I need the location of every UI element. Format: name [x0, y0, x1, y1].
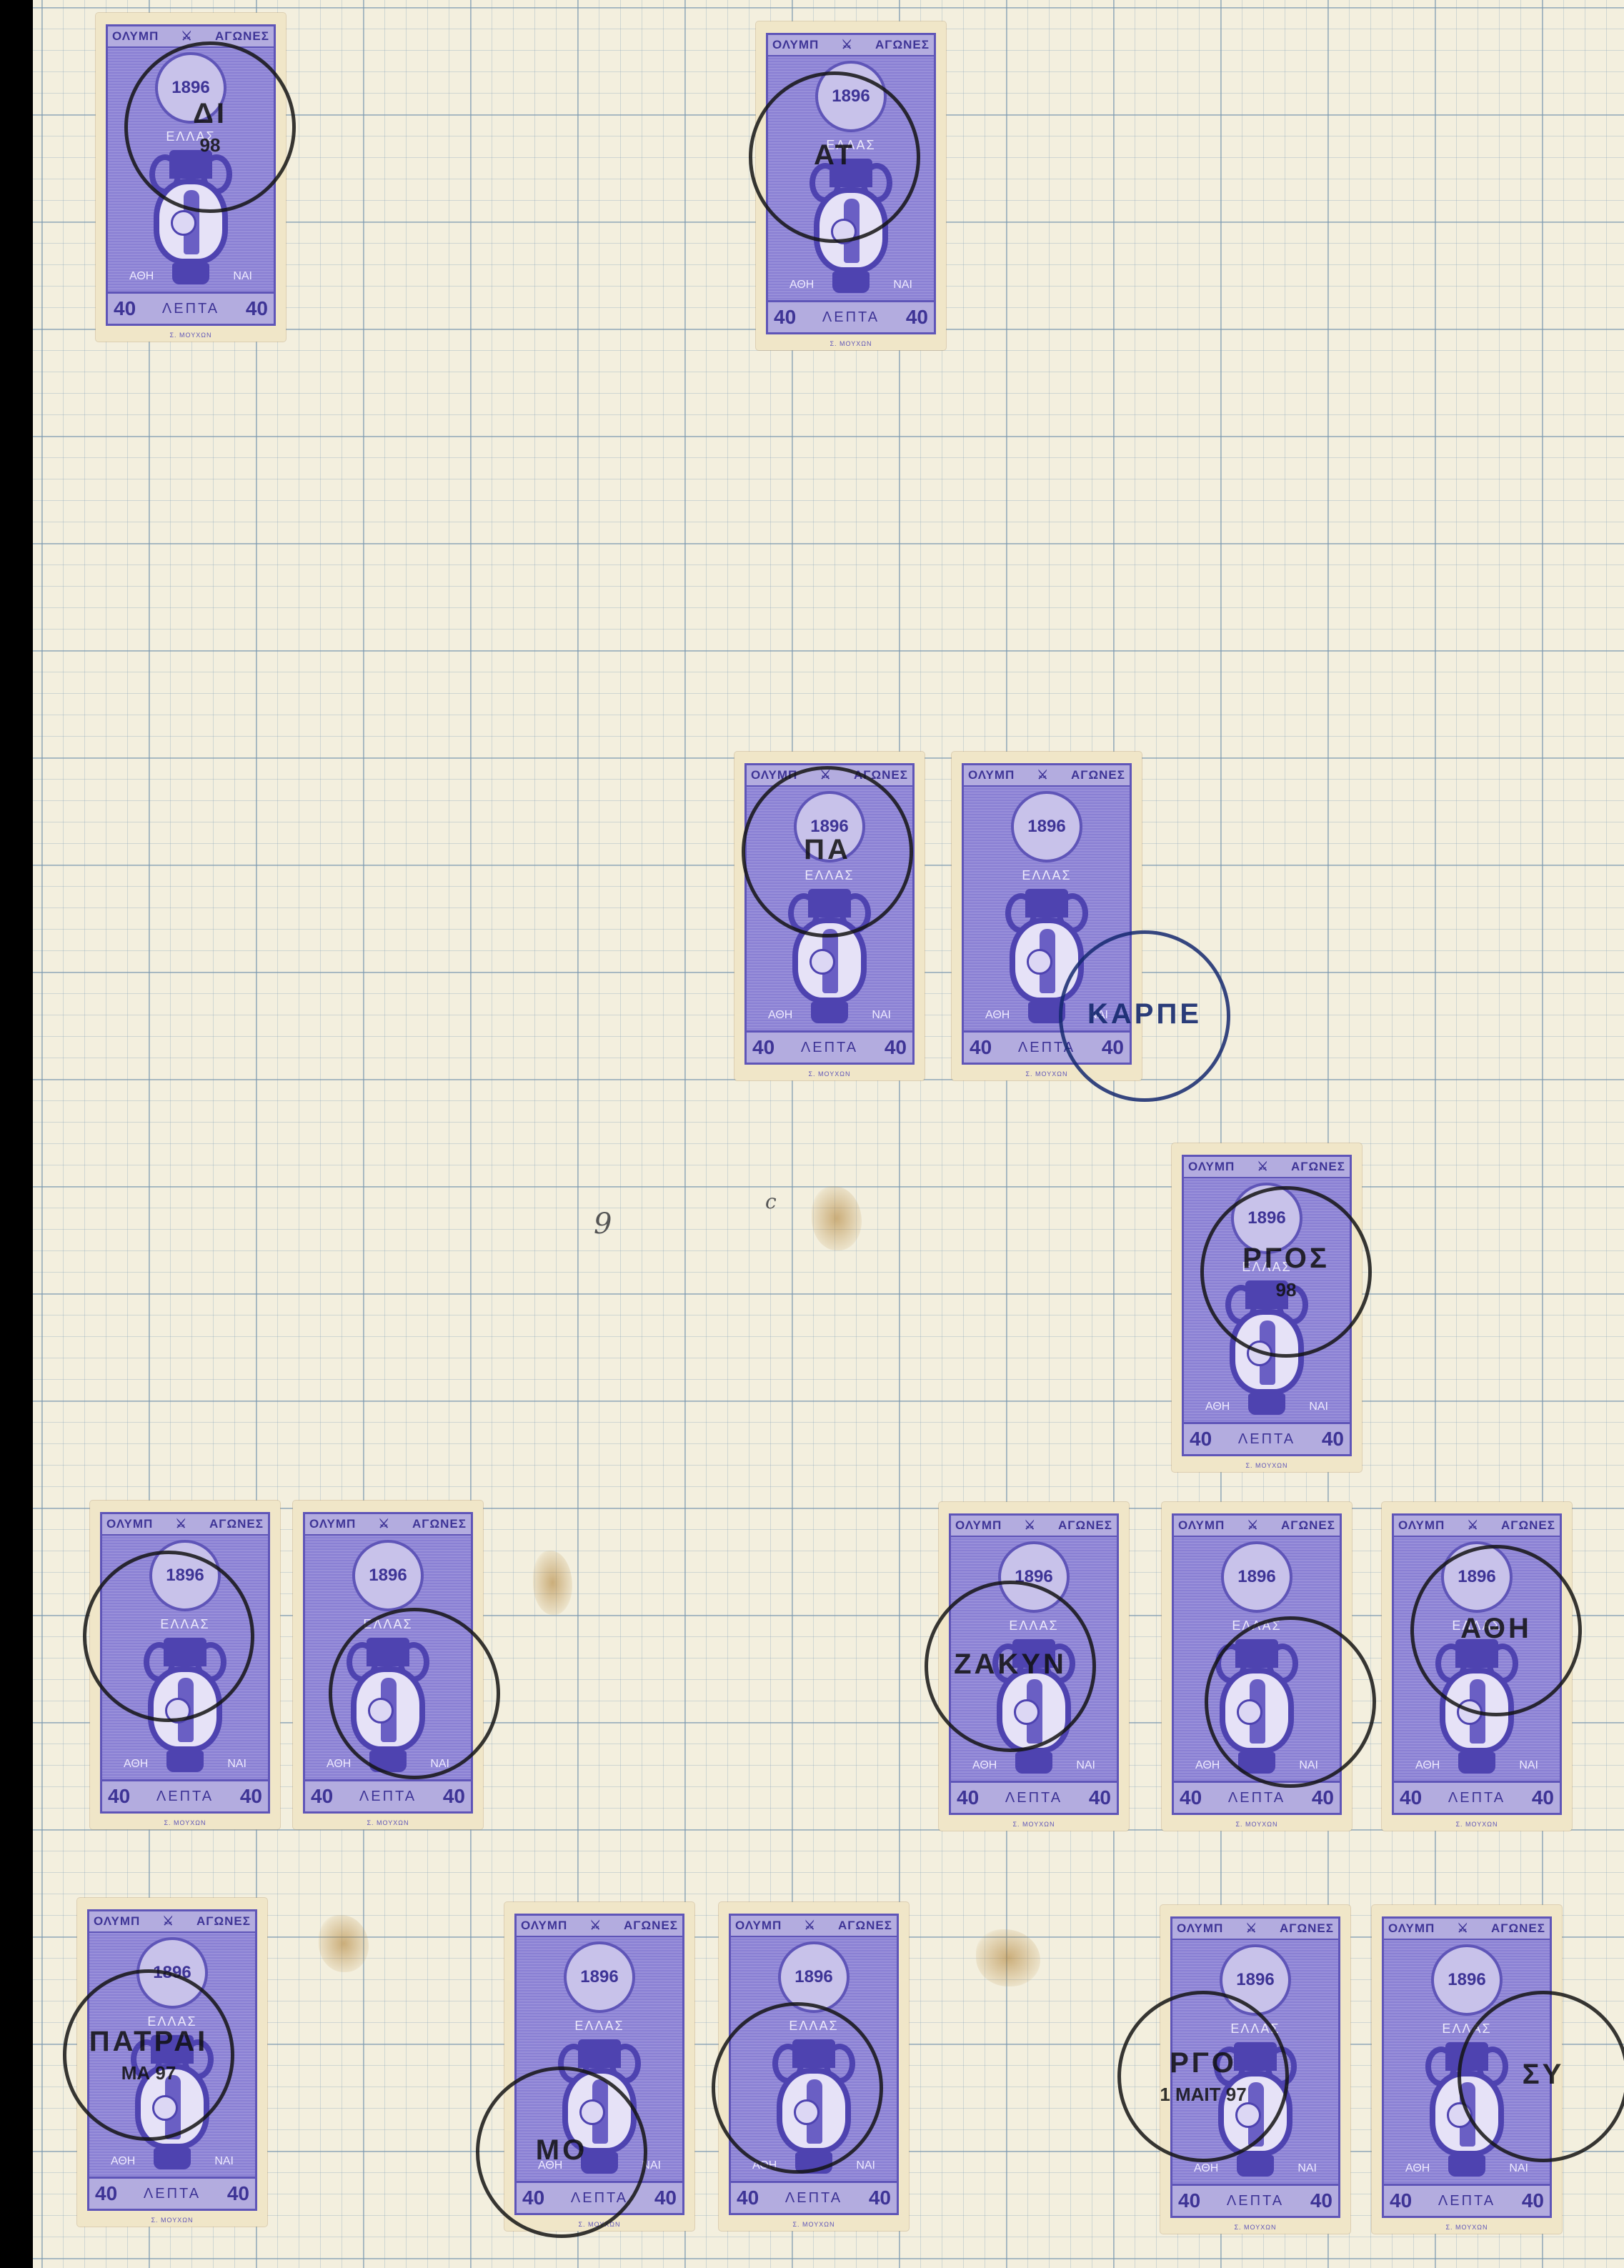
- shield-icon: [368, 1698, 394, 1724]
- stamp-value-right: 40: [227, 2182, 249, 2205]
- stamp-13[interactable]: ΟΛΥΜΠ ⚔ ΑΓΩΝΕΣ 1896 ΕΛΛΑΣ ΑΘΗ ΝΑΙ 40: [719, 1902, 909, 2231]
- stamp-value-bar: 40 ΛΕΠΤΑ 40: [108, 292, 274, 324]
- stamp-top-right-text: ΑΓΩΝΕΣ: [1491, 1921, 1545, 1936]
- stamp-value-word: ΛΕΠΤΑ: [1238, 1431, 1295, 1448]
- shield-icon: [831, 219, 857, 244]
- stamp-value-bar: 40 ΛΕΠΤΑ 40: [305, 1779, 471, 1811]
- stamp-value-bar: 40 ΛΕΠΤΑ 40: [102, 1779, 268, 1811]
- helmet-icon: ⚔: [163, 1914, 174, 1929]
- shield-medallion: 1896: [352, 1540, 424, 1611]
- amphora-icon: [1434, 1639, 1520, 1775]
- stamp-country: ΕΛΛΑΣ: [1442, 2021, 1491, 2036]
- stamp-value-left: 40: [108, 1785, 130, 1808]
- stamp-value-left: 40: [970, 1036, 992, 1059]
- stamp-value-bar: 40 ΛΕΠΤΑ 40: [1172, 2184, 1338, 2216]
- stamp-city-right: ΝΑΙ: [642, 2159, 661, 2172]
- stamp-value-word: ΛΕΠΤΑ: [144, 2186, 201, 2202]
- amphora-icon: [1212, 2042, 1298, 2178]
- stamp-value-word: ΛΕΠΤΑ: [1438, 2193, 1495, 2209]
- stamp-country: ΕΛΛΑΣ: [166, 129, 215, 144]
- foxing-stain: [812, 1186, 862, 1250]
- stamp-top-left-text: ΟΛΥΜΠ: [309, 1517, 356, 1531]
- stamp-top-right-text: ΑΓΩΝΕΣ: [838, 1919, 892, 1933]
- stamp-top-left-text: ΟΛΥΜΠ: [1178, 1518, 1225, 1533]
- shield-medallion: 1896: [155, 52, 226, 124]
- stamp-14[interactable]: ΟΛΥΜΠ ⚔ ΑΓΩΝΕΣ 1896 ΕΛΛΑΣ ΑΘΗ ΝΑΙ 40: [1160, 1905, 1350, 2234]
- stamp-design: ΟΛΥΜΠ ⚔ ΑΓΩΝΕΣ 1896 ΕΛΛΑΣ ΑΘΗ ΝΑΙ 40: [106, 24, 276, 326]
- stamp-city-right: ΝΑΙ: [1299, 1759, 1318, 1772]
- stamp-country: ΕΛΛΑΣ: [789, 2019, 838, 2034]
- shield-icon: [1237, 1699, 1262, 1725]
- stamp-value-left: 40: [1180, 1786, 1202, 1809]
- stamp-city-right: ΝΑΙ: [1519, 1759, 1538, 1772]
- stamp-design: ΟΛΥΜΠ ⚔ ΑΓΩΝΕΣ 1896 ΕΛΛΑΣ ΑΘΗ ΝΑΙ 40: [949, 1513, 1119, 1815]
- stamp-value-bar: 40 ΛΕΠΤΑ 40: [1184, 1422, 1350, 1454]
- stamp-value-bar: 40 ΛΕΠΤΑ 40: [768, 300, 934, 332]
- stamp-top-right-text: ΑΓΩΝΕΣ: [196, 1914, 251, 1929]
- stamp-value-right: 40: [885, 1036, 907, 1059]
- stamp-frieze: ΟΛΥΜΠ ⚔ ΑΓΩΝΕΣ: [1172, 1919, 1338, 1940]
- stamp-6[interactable]: ΟΛΥΜΠ ⚔ ΑΓΩΝΕΣ 1896 ΕΛΛΑΣ ΑΘΗ ΝΑΙ 40: [90, 1501, 280, 1829]
- shield-icon: [1247, 1341, 1272, 1366]
- stamp-year: 1896: [580, 1967, 618, 1987]
- printer-imprint: Σ. ΜΟΥΧΩΝ: [952, 1070, 1142, 1078]
- stamp-frieze: ΟΛΥΜΠ ⚔ ΑΓΩΝΕΣ: [747, 765, 912, 787]
- stamp-11[interactable]: ΟΛΥΜΠ ⚔ ΑΓΩΝΕΣ 1896 ΕΛΛΑΣ ΑΘΗ ΝΑΙ 40: [77, 1898, 267, 2227]
- stamp-city-right: ΝΑΙ: [1089, 1009, 1108, 1022]
- stamp-value-word: ΛΕΠΤΑ: [156, 1789, 214, 1805]
- stamp-value-bar: 40 ΛΕΠΤΑ 40: [951, 1781, 1117, 1813]
- stamp-12[interactable]: ΟΛΥΜΠ ⚔ ΑΓΩΝΕΣ 1896 ΕΛΛΑΣ ΑΘΗ ΝΑΙ 40: [504, 1902, 694, 2231]
- helmet-icon: ⚔: [1468, 1518, 1479, 1533]
- stamp-top-left-text: ΟΛΥΜΠ: [1177, 1921, 1223, 1936]
- stamp-top-left-text: ΟΛΥΜΠ: [521, 1919, 567, 1933]
- album-page: 9 c ΟΛΥΜΠ ⚔ ΑΓΩΝΕΣ 1896 ΕΛΛΑΣ ΑΘΗ: [33, 0, 1624, 2268]
- stamp-frieze: ΟΛΥΜΠ ⚔ ΑΓΩΝΕΣ: [731, 1916, 897, 1937]
- shield-icon: [579, 2099, 605, 2125]
- stamp-design: ΟΛΥΜΠ ⚔ ΑΓΩΝΕΣ 1896 ΕΛΛΑΣ ΑΘΗ ΝΑΙ 40: [962, 763, 1132, 1065]
- shield-icon: [1027, 949, 1052, 975]
- stamp-top-right-text: ΑΓΩΝΕΣ: [1071, 768, 1125, 782]
- printer-imprint: Σ. ΜΟΥΧΩΝ: [504, 2221, 694, 2228]
- shield-medallion: 1896: [778, 1941, 850, 2013]
- stamp-top-left-text: ΟΛΥΜΠ: [955, 1518, 1002, 1533]
- stamp-value-right: 40: [443, 1785, 465, 1808]
- stamp-design: ΟΛΥΜΠ ⚔ ΑΓΩΝΕΣ 1896 ΕΛΛΑΣ ΑΘΗ ΝΑΙ 40: [303, 1512, 473, 1814]
- stamp-year: 1896: [810, 817, 848, 837]
- stamp-value-right: 40: [240, 1785, 262, 1808]
- stamp-value-word: ΛΕΠΤΑ: [359, 1789, 417, 1805]
- stamp-3[interactable]: ΟΛΥΜΠ ⚔ ΑΓΩΝΕΣ 1896 ΕΛΛΑΣ ΑΘΗ ΝΑΙ 40: [734, 752, 925, 1080]
- stamp-year: 1896: [1247, 1208, 1285, 1228]
- stamp-9[interactable]: ΟΛΥΜΠ ⚔ ΑΓΩΝΕΣ 1896 ΕΛΛΑΣ ΑΘΗ ΝΑΙ 40: [1162, 1502, 1352, 1831]
- shield-medallion: 1896: [1220, 1944, 1291, 2016]
- stamp-country: ΕΛΛΑΣ: [147, 2014, 196, 2029]
- stamp-top-right-text: ΑΓΩΝΕΣ: [1058, 1518, 1112, 1533]
- stamp-1[interactable]: ΟΛΥΜΠ ⚔ ΑΓΩΝΕΣ 1896 ΕΛΛΑΣ ΑΘΗ ΝΑΙ 40: [96, 13, 286, 342]
- stamp-city-right: ΝΑΙ: [233, 270, 252, 283]
- stamp-design: ΟΛΥΜΠ ⚔ ΑΓΩΝΕΣ 1896 ΕΛΛΑΣ ΑΘΗ ΝΑΙ 40: [87, 1909, 257, 2211]
- helmet-icon: ⚔: [590, 1919, 602, 1933]
- helmet-icon: ⚔: [1257, 1160, 1269, 1174]
- stamp-frieze: ΟΛΥΜΠ ⚔ ΑΓΩΝΕΣ: [1174, 1516, 1340, 1537]
- stamp-frieze: ΟΛΥΜΠ ⚔ ΑΓΩΝΕΣ: [102, 1514, 268, 1536]
- helmet-icon: ⚔: [1247, 1518, 1259, 1533]
- stamp-country: ΕΛΛΑΣ: [1009, 1618, 1058, 1633]
- helmet-icon: ⚔: [804, 1919, 816, 1933]
- stamp-10[interactable]: ΟΛΥΜΠ ⚔ ΑΓΩΝΕΣ 1896 ΕΛΛΑΣ ΑΘΗ ΝΑΙ 40: [1382, 1502, 1572, 1831]
- shield-icon: [1447, 2102, 1473, 2128]
- helmet-icon: ⚔: [181, 29, 193, 44]
- helmet-icon: ⚔: [176, 1517, 187, 1531]
- stamp-year: 1896: [1237, 1567, 1275, 1587]
- stamp-country: ΕΛΛΑΣ: [826, 138, 875, 153]
- stamp-year: 1896: [1236, 1970, 1274, 1990]
- stamp-value-left: 40: [1178, 2189, 1200, 2212]
- amphora-icon: [787, 889, 872, 1025]
- stamp-top-left-text: ΟΛΥΜΠ: [94, 1914, 140, 1929]
- stamp-value-right: 40: [1312, 1786, 1334, 1809]
- stamp-city-right: ΝΑΙ: [430, 1758, 449, 1771]
- shield-medallion: 1896: [1221, 1541, 1292, 1613]
- printer-imprint: Σ. ΜΟΥΧΩΝ: [96, 332, 286, 339]
- stamp-value-word: ΛΕΠΤΑ: [1227, 2193, 1284, 2209]
- stamp-top-right-text: ΑΓΩΝΕΣ: [1280, 1921, 1334, 1936]
- stamp-year: 1896: [369, 1566, 407, 1586]
- stamp-frieze: ΟΛΥΜΠ ⚔ ΑΓΩΝΕΣ: [305, 1514, 471, 1536]
- amphora-icon: [557, 2039, 642, 2175]
- helmet-icon: ⚔: [1037, 768, 1049, 782]
- stamp-value-bar: 40 ΛΕΠΤΑ 40: [731, 2181, 897, 2213]
- stamp-7[interactable]: ΟΛΥΜΠ ⚔ ΑΓΩΝΕΣ 1896 ΕΛΛΑΣ ΑΘΗ ΝΑΙ 40: [293, 1501, 483, 1829]
- stamp-top-left-text: ΟΛΥΜΠ: [1398, 1518, 1445, 1533]
- stamp-frieze: ΟΛΥΜΠ ⚔ ΑΓΩΝΕΣ: [517, 1916, 682, 1937]
- printer-imprint: Σ. ΜΟΥΧΩΝ: [90, 1819, 280, 1826]
- stamp-city-right: ΝΑΙ: [872, 1009, 891, 1022]
- shield-medallion: 1896: [149, 1540, 221, 1611]
- stamp-year: 1896: [1458, 1567, 1495, 1587]
- stamp-top-left-text: ΟΛΥΜΠ: [772, 38, 819, 52]
- stamp-city-right: ΝΑΙ: [227, 1758, 246, 1771]
- stamp-city-right: ΝΑΙ: [856, 2159, 875, 2172]
- printer-imprint: Σ. ΜΟΥΧΩΝ: [734, 1070, 925, 1078]
- stamp-value-bar: 40 ΛΕΠΤΑ 40: [89, 2177, 255, 2209]
- stamp-design: ΟΛΥΜΠ ⚔ ΑΓΩΝΕΣ 1896 ΕΛΛΑΣ ΑΘΗ ΝΑΙ 40: [1170, 1916, 1340, 2218]
- helmet-icon: ⚔: [1458, 1921, 1469, 1936]
- stamp-top-right-text: ΑΓΩΝΕΣ: [209, 1517, 264, 1531]
- helmet-icon: ⚔: [842, 38, 853, 52]
- stamp-value-left: 40: [522, 2187, 544, 2209]
- helmet-icon: ⚔: [1246, 1921, 1257, 1936]
- stamp-value-right: 40: [1322, 1428, 1344, 1451]
- printer-imprint: Σ. ΜΟΥΧΩΝ: [939, 1821, 1129, 1828]
- stamp-top-left-text: ΟΛΥΜΠ: [106, 1517, 153, 1531]
- printer-imprint: Σ. ΜΟΥΧΩΝ: [77, 2217, 267, 2224]
- printer-imprint: Σ. ΜΟΥΧΩΝ: [293, 1819, 483, 1826]
- shield-medallion: 1896: [1431, 1944, 1503, 2016]
- foxing-stain: [319, 1915, 369, 1972]
- stamp-top-left-text: ΟΛΥΜΠ: [1388, 1921, 1435, 1936]
- stamp-value-word: ΛΕΠΤΑ: [822, 309, 880, 326]
- shield-medallion: 1896: [794, 791, 865, 862]
- stamp-city-right: ΝΑΙ: [1076, 1759, 1095, 1772]
- stamp-value-right: 40: [1532, 1786, 1554, 1809]
- amphora-icon: [1224, 1280, 1310, 1416]
- stamp-value-word: ΛΕΠΤΑ: [801, 1040, 858, 1056]
- stamp-value-left: 40: [1190, 1428, 1212, 1451]
- stamp-value-bar: 40 ΛΕΠΤΑ 40: [1384, 2184, 1550, 2216]
- stamp-value-bar: 40 ΛΕΠΤΑ 40: [1394, 1781, 1560, 1813]
- printer-imprint: Σ. ΜΟΥΧΩΝ: [756, 340, 946, 347]
- amphora-icon: [771, 2039, 857, 2175]
- stamp-value-right: 40: [1310, 2189, 1332, 2212]
- printer-imprint: Σ. ΜΟΥΧΩΝ: [1172, 1462, 1362, 1469]
- stamp-top-left-text: ΟΛΥΜΠ: [112, 29, 159, 44]
- stamp-value-bar: 40 ΛΕΠΤΑ 40: [1174, 1781, 1340, 1813]
- stamp-country: ΕΛΛΑΣ: [804, 868, 854, 883]
- stamp-value-right: 40: [1522, 2189, 1544, 2212]
- stamp-city-right: ΝΑΙ: [214, 2155, 234, 2168]
- pencil-note: c: [765, 1190, 777, 1213]
- stamp-value-word: ΛΕΠΤΑ: [162, 301, 219, 317]
- stamp-value-right: 40: [906, 306, 928, 329]
- stamp-value-right: 40: [869, 2187, 891, 2209]
- stamp-frieze: ΟΛΥΜΠ ⚔ ΑΓΩΝΕΣ: [108, 26, 274, 48]
- stamp-top-left-text: ΟΛΥΜΠ: [968, 768, 1015, 782]
- stamp-8[interactable]: ΟΛΥΜΠ ⚔ ΑΓΩΝΕΣ 1896 ΕΛΛΑΣ ΑΘΗ ΝΑΙ 40: [939, 1502, 1129, 1831]
- stamp-value-left: 40: [957, 1786, 979, 1809]
- stamp-value-left: 40: [1390, 2189, 1412, 2212]
- stamp-value-left: 40: [737, 2187, 759, 2209]
- stamp-design: ΟΛΥΜΠ ⚔ ΑΓΩΝΕΣ 1896 ΕΛΛΑΣ ΑΘΗ ΝΑΙ 40: [1172, 1513, 1342, 1815]
- amphora-icon: [345, 1638, 431, 1774]
- stamp-city-right: ΝΑΙ: [1509, 2162, 1528, 2175]
- shield-medallion: 1896: [1011, 791, 1082, 862]
- shield-medallion: 1896: [564, 1941, 635, 2013]
- stamp-year: 1896: [832, 86, 870, 106]
- shield-icon: [171, 210, 196, 236]
- stamp-top-right-text: ΑΓΩΝΕΣ: [875, 38, 930, 52]
- stamp-value-word: ΛΕΠΤΑ: [1018, 1040, 1075, 1056]
- stamp-city-right: ΝΑΙ: [1309, 1401, 1328, 1413]
- shield-icon: [1235, 2102, 1261, 2128]
- stamp-2[interactable]: ΟΛΥΜΠ ⚔ ΑΓΩΝΕΣ 1896 ΕΛΛΑΣ ΑΘΗ ΝΑΙ 40: [756, 21, 946, 350]
- stamp-top-left-text: ΟΛΥΜΠ: [1188, 1160, 1235, 1174]
- stamp-frieze: ΟΛΥΜΠ ⚔ ΑΓΩΝΕΣ: [1384, 1919, 1550, 1940]
- stamp-value-bar: 40 ΛΕΠΤΑ 40: [964, 1030, 1130, 1063]
- stamp-year: 1896: [153, 1963, 191, 1983]
- helmet-icon: ⚔: [820, 768, 832, 782]
- amphora-icon: [142, 1638, 228, 1774]
- stamp-value-left: 40: [311, 1785, 333, 1808]
- shield-medallion: 1896: [1231, 1183, 1302, 1254]
- stamp-design: ΟΛΥΜΠ ⚔ ΑΓΩΝΕΣ 1896 ΕΛΛΑΣ ΑΘΗ ΝΑΙ 40: [100, 1512, 270, 1814]
- pencil-note: 9: [594, 1208, 612, 1240]
- stamp-4[interactable]: ΟΛΥΜΠ ⚔ ΑΓΩΝΕΣ 1896 ΕΛΛΑΣ ΑΘΗ ΝΑΙ 40: [952, 752, 1142, 1080]
- stamp-city-right: ΝΑΙ: [893, 279, 912, 292]
- stamp-top-right-text: ΑΓΩΝΕΣ: [1281, 1518, 1335, 1533]
- amphora-icon: [991, 1639, 1077, 1775]
- stamp-5[interactable]: ΟΛΥΜΠ ⚔ ΑΓΩΝΕΣ 1896 ΕΛΛΑΣ ΑΘΗ ΝΑΙ 40: [1172, 1143, 1362, 1472]
- foxing-stain: [533, 1551, 572, 1615]
- stamp-country: ΕΛΛΑΣ: [1242, 1260, 1291, 1275]
- stamp-value-word: ΛΕΠΤΑ: [1448, 1790, 1505, 1806]
- stamp-frieze: ΟΛΥΜΠ ⚔ ΑΓΩΝΕΣ: [964, 765, 1130, 787]
- shield-icon: [1457, 1699, 1483, 1725]
- stamp-country: ΕΛΛΑΣ: [1232, 1618, 1281, 1633]
- foxing-stain: [976, 1929, 1040, 1986]
- stamp-frieze: ΟΛΥΜΠ ⚔ ΑΓΩΝΕΣ: [1184, 1157, 1350, 1178]
- stamp-top-left-text: ΟΛΥΜΠ: [735, 1919, 782, 1933]
- stamp-value-left: 40: [1400, 1786, 1422, 1809]
- shield-medallion: 1896: [136, 1937, 208, 2009]
- stamp-15[interactable]: ΟΛΥΜΠ ⚔ ΑΓΩΝΕΣ 1896 ΕΛΛΑΣ ΑΘΗ ΝΑΙ 40: [1372, 1905, 1562, 2234]
- printer-imprint: Σ. ΜΟΥΧΩΝ: [1382, 1821, 1572, 1828]
- shield-icon: [794, 2099, 820, 2125]
- stamp-city-right: ΝΑΙ: [1297, 2162, 1317, 2175]
- shield-icon: [152, 2095, 178, 2121]
- stamp-country: ΕΛΛΑΣ: [1452, 1618, 1501, 1633]
- amphora-icon: [1004, 889, 1090, 1025]
- stamp-top-left-text: ΟΛΥΜΠ: [751, 768, 797, 782]
- stamp-top-right-text: ΑΓΩΝΕΣ: [854, 768, 908, 782]
- shield-medallion: 1896: [1441, 1541, 1513, 1613]
- stamp-country: ΕΛΛΑΣ: [363, 1617, 412, 1632]
- stamp-design: ΟΛΥΜΠ ⚔ ΑΓΩΝΕΣ 1896 ΕΛΛΑΣ ΑΘΗ ΝΑΙ 40: [766, 33, 936, 334]
- stamp-year: 1896: [1015, 1567, 1052, 1587]
- amphora-icon: [808, 159, 894, 294]
- helmet-icon: ⚔: [379, 1517, 390, 1531]
- stamp-frieze: ΟΛΥΜΠ ⚔ ΑΓΩΝΕΣ: [1394, 1516, 1560, 1537]
- printer-imprint: Σ. ΜΟΥΧΩΝ: [719, 2221, 909, 2228]
- stamp-value-word: ΛΕΠΤΑ: [785, 2190, 842, 2207]
- shield-icon: [809, 949, 835, 975]
- stamp-value-left: 40: [774, 306, 796, 329]
- stamp-value-left: 40: [752, 1036, 774, 1059]
- amphora-icon: [1214, 1639, 1300, 1775]
- stamp-value-right: 40: [654, 2187, 677, 2209]
- stamp-top-right-text: ΑΓΩΝΕΣ: [215, 29, 269, 44]
- stamp-value-word: ΛΕΠΤΑ: [1228, 1790, 1285, 1806]
- shield-icon: [165, 1698, 191, 1724]
- shield-icon: [1014, 1699, 1040, 1725]
- stamp-top-right-text: ΑΓΩΝΕΣ: [624, 1919, 678, 1933]
- stamp-country: ΕΛΛΑΣ: [1022, 868, 1071, 883]
- stamp-frieze: ΟΛΥΜΠ ⚔ ΑΓΩΝΕΣ: [951, 1516, 1117, 1537]
- stamp-value-right: 40: [246, 297, 268, 320]
- stamp-value-word: ΛΕΠΤΑ: [571, 2190, 628, 2207]
- stamp-year: 1896: [171, 78, 209, 98]
- stamp-frieze: ΟΛΥΜΠ ⚔ ΑΓΩΝΕΣ: [89, 1911, 255, 1933]
- stamp-value-bar: 40 ΛΕΠΤΑ 40: [517, 2181, 682, 2213]
- stamp-design: ΟΛΥΜΠ ⚔ ΑΓΩΝΕΣ 1896 ΕΛΛΑΣ ΑΘΗ ΝΑΙ 40: [1392, 1513, 1562, 1815]
- stamp-value-word: ΛΕΠΤΑ: [1005, 1790, 1062, 1806]
- shield-medallion: 1896: [815, 61, 887, 132]
- stamp-year: 1896: [794, 1967, 832, 1987]
- amphora-icon: [129, 2035, 215, 2171]
- stamp-country: ΕΛΛΑΣ: [1230, 2021, 1280, 2036]
- amphora-icon: [148, 150, 234, 286]
- stamp-top-right-text: ΑΓΩΝΕΣ: [1291, 1160, 1345, 1174]
- stamp-value-left: 40: [95, 2182, 117, 2205]
- printer-imprint: Σ. ΜΟΥΧΩΝ: [1162, 1821, 1352, 1828]
- stamp-year: 1896: [1027, 817, 1065, 837]
- stamp-value-right: 40: [1102, 1036, 1124, 1059]
- stamp-country: ΕΛΛΑΣ: [160, 1617, 209, 1632]
- amphora-icon: [1424, 2042, 1510, 2178]
- stamp-top-right-text: ΑΓΩΝΕΣ: [412, 1517, 467, 1531]
- stamp-frieze: ΟΛΥΜΠ ⚔ ΑΓΩΝΕΣ: [768, 35, 934, 56]
- stamp-country: ΕΛΛΑΣ: [574, 2019, 624, 2034]
- stamp-value-left: 40: [114, 297, 136, 320]
- shield-medallion: 1896: [998, 1541, 1070, 1613]
- printer-imprint: Σ. ΜΟΥΧΩΝ: [1372, 2224, 1562, 2231]
- stamp-design: ΟΛΥΜΠ ⚔ ΑΓΩΝΕΣ 1896 ΕΛΛΑΣ ΑΘΗ ΝΑΙ 40: [744, 763, 915, 1065]
- stamp-year: 1896: [166, 1566, 204, 1586]
- stamp-top-right-text: ΑΓΩΝΕΣ: [1501, 1518, 1555, 1533]
- stamp-value-bar: 40 ΛΕΠΤΑ 40: [747, 1030, 912, 1063]
- stamp-year: 1896: [1448, 1970, 1485, 1990]
- stamp-design: ΟΛΥΜΠ ⚔ ΑΓΩΝΕΣ 1896 ΕΛΛΑΣ ΑΘΗ ΝΑΙ 40: [1182, 1155, 1352, 1456]
- stamp-value-right: 40: [1089, 1786, 1111, 1809]
- stamp-design: ΟΛΥΜΠ ⚔ ΑΓΩΝΕΣ 1896 ΕΛΛΑΣ ΑΘΗ ΝΑΙ 40: [729, 1914, 899, 2215]
- stamp-design: ΟΛΥΜΠ ⚔ ΑΓΩΝΕΣ 1896 ΕΛΛΑΣ ΑΘΗ ΝΑΙ 40: [1382, 1916, 1552, 2218]
- helmet-icon: ⚔: [1025, 1518, 1036, 1533]
- stamp-design: ΟΛΥΜΠ ⚔ ΑΓΩΝΕΣ 1896 ΕΛΛΑΣ ΑΘΗ ΝΑΙ 40: [514, 1914, 684, 2215]
- printer-imprint: Σ. ΜΟΥΧΩΝ: [1160, 2224, 1350, 2231]
